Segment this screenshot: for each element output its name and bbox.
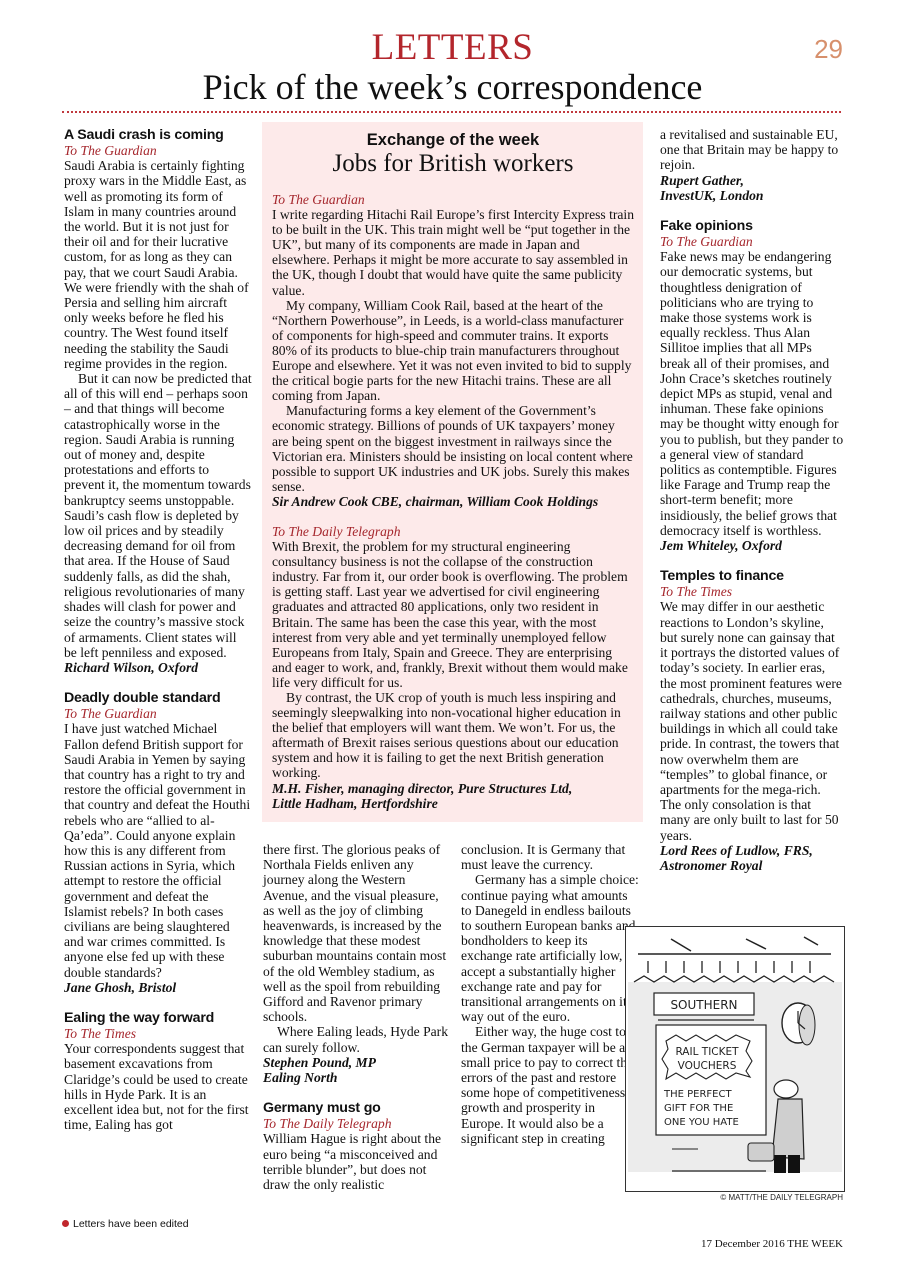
letter-paragraph: conclusion. It is Germany that must leav… xyxy=(461,842,641,872)
letter-signature: InvestUK, London xyxy=(660,188,844,203)
letter-signature: Rupert Gather, xyxy=(660,173,844,188)
letter-paragraph: Your correspondents suggest that basemen… xyxy=(64,1041,252,1132)
letter-signature: Ealing North xyxy=(263,1070,449,1085)
svg-text:THE PERFECT: THE PERFECT xyxy=(663,1089,732,1100)
letter-paragraph: My company, William Cook Rail, based at … xyxy=(272,298,634,404)
header-divider xyxy=(62,111,841,113)
letter-paragraph: With Brexit, the problem for my structur… xyxy=(272,539,634,690)
letter-saudi-crash: A Saudi crash is coming To The Guardian … xyxy=(64,127,252,675)
letter-source: To The Daily Telegraph xyxy=(272,524,634,539)
letter-source: To The Guardian xyxy=(64,706,252,721)
letter-paragraph: Manufacturing forms a key element of the… xyxy=(272,403,634,494)
letter-paragraph: We may differ in our aesthetic reactions… xyxy=(660,599,844,842)
letter-paragraph: Either way, the huge cost to the German … xyxy=(461,1024,641,1146)
letter-paragraph: Where Ealing leads, Hyde Park can surely… xyxy=(263,1024,449,1054)
issue-footer: 17 December 2016 THE WEEK xyxy=(701,1238,843,1250)
letter-source: To The Guardian xyxy=(660,234,844,249)
letter-paragraph: But it can now be predicted that all of … xyxy=(64,371,252,660)
letter-paragraph: I write regarding Hitachi Rail Europe’s … xyxy=(272,207,634,298)
letter-source: To The Daily Telegraph xyxy=(263,1116,449,1131)
cartoon-credit: © MATT/THE DAILY TELEGRAPH xyxy=(625,1193,843,1202)
section-title: LETTERS xyxy=(0,28,905,68)
right-column: a revitalised and sustainable EU, one th… xyxy=(660,127,844,873)
letter-paragraph: By contrast, the UK crop of youth is muc… xyxy=(272,690,634,781)
third-lower-column: conclusion. It is Germany that must leav… xyxy=(461,842,641,1146)
svg-text:ONE YOU HATE: ONE YOU HATE xyxy=(664,1117,739,1128)
exchange-letter-telegraph: To The Daily Telegraph With Brexit, the … xyxy=(272,524,634,811)
letter-paragraph: there first. The glorious peaks of North… xyxy=(263,842,449,1024)
letter-paragraph: a revitalised and sustainable EU, one th… xyxy=(660,127,844,173)
bullet-dot-icon xyxy=(62,1220,69,1227)
letter-signature: Jane Ghosh, Bristol xyxy=(64,980,252,995)
cartoon-illustration: SOUTHERN RAIL TICKET VOUCHERS THE PERFEC… xyxy=(626,927,844,1191)
letter-headline: Fake opinions xyxy=(660,218,844,234)
letter-signature: Jem Whiteley, Oxford xyxy=(660,538,844,553)
letter-paragraph: Germany has a simple choice: continue pa… xyxy=(461,872,641,1024)
letter-headline: A Saudi crash is coming xyxy=(64,127,252,143)
edited-note: Letters have been edited xyxy=(62,1218,189,1230)
svg-text:GIFT FOR THE: GIFT FOR THE xyxy=(664,1103,733,1114)
edited-note-text: Letters have been edited xyxy=(73,1218,189,1230)
letter-signature: Stephen Pound, MP xyxy=(263,1055,449,1070)
letter-germany: Germany must go To The Daily Telegraph W… xyxy=(263,1100,449,1192)
left-column: A Saudi crash is coming To The Guardian … xyxy=(64,127,252,1132)
letter-headline: Temples to finance xyxy=(660,568,844,584)
letter-fake-opinions: Fake opinions To The Guardian Fake news … xyxy=(660,218,844,553)
letter-signature: Astronomer Royal xyxy=(660,858,844,873)
letter-signature: Sir Andrew Cook CBE, chairman, William C… xyxy=(272,494,634,509)
letter-source: To The Times xyxy=(64,1026,252,1041)
exchange-title: Jobs for British workers xyxy=(272,150,634,178)
letter-ealing: Ealing the way forward To The Times Your… xyxy=(64,1010,252,1132)
cartoon: SOUTHERN RAIL TICKET VOUCHERS THE PERFEC… xyxy=(625,926,845,1192)
letter-headline: Ealing the way forward xyxy=(64,1010,252,1026)
page-number: 29 xyxy=(814,34,843,65)
middle-lower-column: there first. The glorious peaks of North… xyxy=(263,842,449,1192)
svg-text:VOUCHERS: VOUCHERS xyxy=(678,1060,737,1072)
page-subtitle: Pick of the week’s correspondence xyxy=(0,68,905,106)
exchange-of-the-week-box: Exchange of the week Jobs for British wo… xyxy=(262,122,643,822)
exchange-kicker: Exchange of the week xyxy=(272,130,634,150)
letter-paragraph: I have just watched Michael Fallon defen… xyxy=(64,721,252,979)
letter-paragraph: Fake news may be endangering our democra… xyxy=(660,249,844,538)
letter-signature: Little Hadham, Hertfordshire xyxy=(272,796,634,811)
letter-paragraph: William Hague is right about the euro be… xyxy=(263,1131,449,1192)
letter-headline: Germany must go xyxy=(263,1100,449,1116)
letter-paragraph: Saudi Arabia is certainly fighting proxy… xyxy=(64,158,252,371)
masthead: LETTERS Pick of the week’s correspondenc… xyxy=(0,28,905,106)
letter-signature: Lord Rees of Ludlow, FRS, xyxy=(660,843,844,858)
letter-source: To The Times xyxy=(660,584,844,599)
letter-signature: Richard Wilson, Oxford xyxy=(64,660,252,675)
letter-headline: Deadly double standard xyxy=(64,690,252,706)
letter-signature: M.H. Fisher, managing director, Pure Str… xyxy=(272,781,634,796)
letter-source: To The Guardian xyxy=(64,143,252,158)
exchange-letter-guardian: To The Guardian I write regarding Hitach… xyxy=(272,192,634,509)
letter-source: To The Guardian xyxy=(272,192,634,207)
letter-double-standard: Deadly double standard To The Guardian I… xyxy=(64,690,252,995)
svg-text:RAIL TICKET: RAIL TICKET xyxy=(675,1046,739,1058)
letter-temples: Temples to finance To The Times We may d… xyxy=(660,568,844,873)
svg-text:SOUTHERN: SOUTHERN xyxy=(670,998,737,1012)
